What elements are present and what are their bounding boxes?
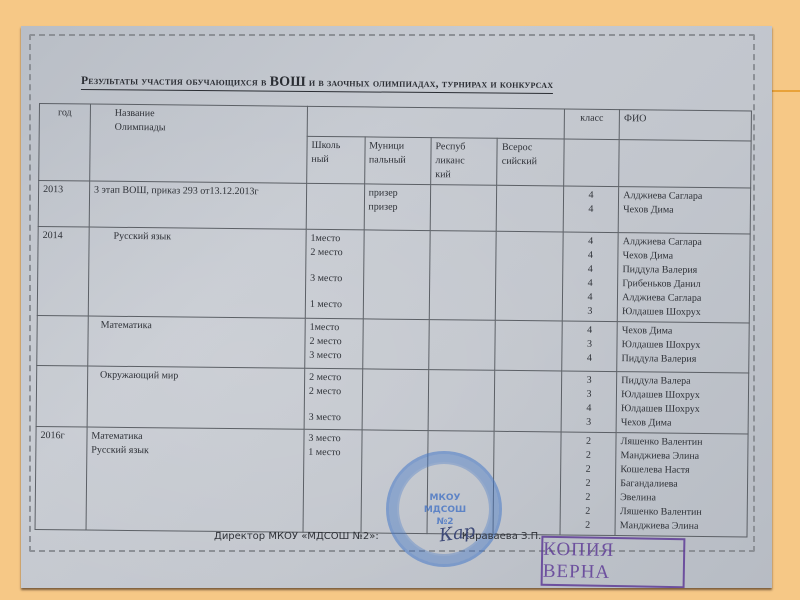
results-sheet: год Название Олимпиады класс ФИО Школь н… bbox=[35, 103, 752, 537]
cell-student-names-item: Грибеньков Данил bbox=[622, 277, 745, 292]
cell-class-item: 3 bbox=[566, 388, 613, 402]
header-class-empty bbox=[564, 139, 620, 187]
table-row: Окружающий мир2 место2 место3 место3343П… bbox=[36, 365, 749, 433]
cell-student-names-item: Чехов Дима bbox=[623, 203, 746, 218]
cell-student-names-item: Пиддула Валерия bbox=[621, 352, 744, 367]
cell-allrussian-result bbox=[494, 370, 561, 432]
header-fio: ФИО bbox=[619, 110, 751, 141]
cell-year bbox=[37, 315, 88, 366]
cell-class-item: 4 bbox=[568, 203, 615, 217]
cell-class-item: 3 bbox=[566, 374, 613, 388]
cell-class-item: 2 bbox=[565, 463, 612, 477]
cell-student-names-item: Эвелина bbox=[620, 491, 743, 506]
cell-school-result: 1место2 место3 место1 место bbox=[305, 229, 364, 319]
cell-school-result-item: 1место bbox=[310, 321, 359, 336]
cell-class-item: 3 bbox=[565, 416, 612, 430]
cell-class-item: 4 bbox=[567, 235, 614, 249]
cell-municipal-result-item: призер bbox=[368, 200, 426, 215]
cell-allrussian-result bbox=[497, 185, 564, 232]
cell-school-result-item bbox=[309, 399, 358, 412]
cell-year: 2013 bbox=[38, 181, 89, 228]
cell-school-result: 1место2 место3 место bbox=[305, 318, 363, 369]
cell-olympiad-name: Русский язык bbox=[88, 227, 306, 318]
cell-class-item: 2 bbox=[565, 435, 612, 449]
cell-student-names: Пиддула ВалераЮлдашев ШохрухЮлдашев Шохр… bbox=[616, 372, 748, 434]
cell-class-item: 4 bbox=[567, 277, 614, 291]
cell-class-item: 2 bbox=[565, 477, 612, 491]
cell-student-names-item: Чехов Дима bbox=[622, 324, 745, 339]
cell-class-item: 2 bbox=[565, 505, 612, 519]
footer: Директор МКОУ «МДСОШ №2»: Караваева З.П. bbox=[214, 531, 541, 542]
cell-year bbox=[36, 365, 88, 427]
cell-class: 444443 bbox=[562, 232, 618, 322]
cell-school-result-item bbox=[310, 286, 359, 299]
cell-student-names-item: Юлдашев Шохрух bbox=[622, 338, 745, 353]
cell-school-result-item: 2 место bbox=[309, 385, 358, 400]
cell-municipal-result bbox=[362, 319, 429, 370]
cell-class-item: 4 bbox=[567, 263, 614, 277]
cell-municipal-result: призерпризер bbox=[364, 184, 431, 231]
cell-municipal-result-item: призер bbox=[369, 186, 427, 201]
school-seal: МКОУ МДСОШ №2 bbox=[386, 451, 502, 567]
table-row: Математика1место2 место3 место434Чехов Д… bbox=[37, 315, 749, 372]
cell-allrussian-result bbox=[495, 320, 562, 371]
results-table: год Название Олимпиады класс ФИО Школь н… bbox=[35, 103, 752, 537]
cell-school-result bbox=[306, 183, 364, 230]
cell-republic-result bbox=[428, 370, 495, 432]
cell-class-item: 4 bbox=[566, 402, 613, 416]
cell-student-names-item: Юлдашев Шохрух bbox=[622, 305, 745, 320]
cell-student-names-item: Ляшенко Валентин bbox=[620, 505, 743, 520]
cell-olympiad-name: Окружающий мир bbox=[87, 366, 305, 429]
cell-class-item: 4 bbox=[566, 352, 613, 366]
title-abbr: ВОШ bbox=[270, 75, 306, 90]
cell-allrussian-result bbox=[496, 231, 563, 321]
cell-olympiad-name: Математика Русский язык bbox=[86, 427, 304, 532]
cell-class-item: 2 bbox=[564, 519, 611, 533]
cell-class-item: 2 bbox=[565, 491, 612, 505]
cell-student-names-item: Чехов Дима bbox=[621, 416, 744, 431]
cell-republic-result bbox=[430, 185, 497, 232]
header-school: Школь ный bbox=[307, 136, 365, 184]
cell-student-names-item: Пиддула Валерия bbox=[622, 263, 745, 278]
title-prefix: Результаты участия обучающихся в bbox=[81, 75, 270, 89]
cell-school-result-item bbox=[310, 260, 359, 273]
header-name: Название Олимпиады bbox=[90, 104, 308, 183]
cell-republic-result bbox=[429, 320, 496, 371]
header-levels-group bbox=[307, 106, 564, 139]
cell-school-result-item: 1 место bbox=[308, 446, 357, 461]
copy-certified-stamp: КОПИЯ ВЕРНА bbox=[541, 536, 686, 588]
cell-student-names-item: Кошелева Настя bbox=[620, 463, 743, 478]
cell-class: 3343 bbox=[561, 371, 617, 433]
cell-class-item: 4 bbox=[568, 189, 615, 203]
header-class: класс bbox=[564, 109, 620, 140]
cell-student-names: Алджиева СаглараЧехов Дима bbox=[618, 187, 750, 234]
cell-class-item: 4 bbox=[567, 249, 614, 263]
title-suffix: и в заочных олимпиадах, турнирах и конку… bbox=[306, 77, 554, 91]
cell-school-result-item: 1 место bbox=[310, 298, 359, 313]
cell-school-result-item: 3 место bbox=[309, 411, 358, 426]
cell-school-result: 3 место1 место bbox=[303, 429, 362, 533]
cell-class: 434 bbox=[562, 321, 618, 372]
cell-class: 44 bbox=[563, 186, 619, 233]
table-row: 20133 этап ВОШ, приказ 293 от13.12.2013г… bbox=[38, 181, 750, 234]
cell-school-result-item: 2 место bbox=[309, 335, 358, 350]
cell-school-result-item: 1место bbox=[310, 232, 359, 247]
cell-class-item: 3 bbox=[566, 338, 613, 352]
cell-student-names-item: Пиддула Валера bbox=[621, 374, 744, 389]
cell-student-names-item: Манджиева Элина bbox=[620, 519, 743, 534]
cell-municipal-result bbox=[363, 230, 430, 320]
header-year: год bbox=[39, 104, 91, 182]
cell-school-result-item: 3 место bbox=[309, 349, 358, 364]
cell-school-result-item: 2 место bbox=[310, 246, 359, 261]
header-municipal: Муници пальный bbox=[364, 137, 431, 185]
cell-year: 2014 bbox=[37, 226, 89, 316]
cell-class-item: 3 bbox=[567, 305, 614, 319]
slide-accent-line bbox=[772, 90, 800, 92]
cell-student-names: Чехов ДимаЮлдашев ШохрухПиддула Валерия bbox=[617, 322, 749, 373]
cell-year: 2016г bbox=[35, 426, 87, 530]
cell-class-item: 2 bbox=[565, 449, 612, 463]
cell-school-result-item: 3 место bbox=[308, 432, 357, 447]
header-allrussian: Всерос сийский bbox=[497, 138, 564, 186]
cell-student-names: Ляшенко ВалентинМанджиева ЭлинаКошелева … bbox=[615, 433, 748, 537]
cell-school-result-item: 2 место bbox=[309, 371, 358, 386]
cell-student-names-item: Ляшенко Валентин bbox=[621, 435, 744, 450]
cell-municipal-result bbox=[362, 369, 429, 431]
cell-student-names-item: Юлдашев Шохрух bbox=[621, 388, 744, 403]
header-republic: Респуб ликанс кий bbox=[431, 138, 498, 186]
cell-class-item: 4 bbox=[566, 324, 613, 338]
cell-olympiad-name: 3 этап ВОШ, приказ 293 от13.12.2013г bbox=[89, 181, 307, 229]
director-label: Директор МКОУ «МДСОШ №2»: bbox=[214, 531, 379, 542]
cell-republic-result bbox=[429, 231, 496, 321]
cell-student-names-item: Алджиева Саглара bbox=[623, 189, 746, 204]
cell-olympiad-name: Математика bbox=[88, 316, 306, 368]
header-row-1: год Название Олимпиады класс ФИО bbox=[39, 104, 751, 141]
cell-student-names-item: Чехов Дима bbox=[623, 249, 746, 264]
cell-student-names-item: Багандалиева bbox=[620, 477, 743, 492]
cell-student-names-item: Манджиева Элина bbox=[620, 449, 743, 464]
document-photo: Результаты участия обучающихся в ВОШ и в… bbox=[21, 26, 772, 588]
cell-allrussian-result bbox=[493, 431, 561, 535]
table-row: 2014Русский язык1место2 место3 место1 ме… bbox=[37, 226, 750, 322]
cell-school-result-item: 3 место bbox=[310, 272, 359, 287]
cell-student-names-item: Алджиева Саглара bbox=[623, 235, 746, 250]
header-fio-empty bbox=[619, 140, 751, 188]
cell-school-result: 2 место2 место3 место bbox=[304, 368, 362, 430]
cell-student-names-item: Юлдашев Шохрух bbox=[621, 402, 744, 417]
cell-student-names-item: Алджиева Саглара bbox=[622, 291, 745, 306]
cell-class-item: 4 bbox=[567, 291, 614, 305]
cell-class: 2222222 bbox=[560, 432, 616, 536]
cell-student-names: Алджиева СаглараЧехов ДимаПиддула Валери… bbox=[617, 233, 750, 323]
